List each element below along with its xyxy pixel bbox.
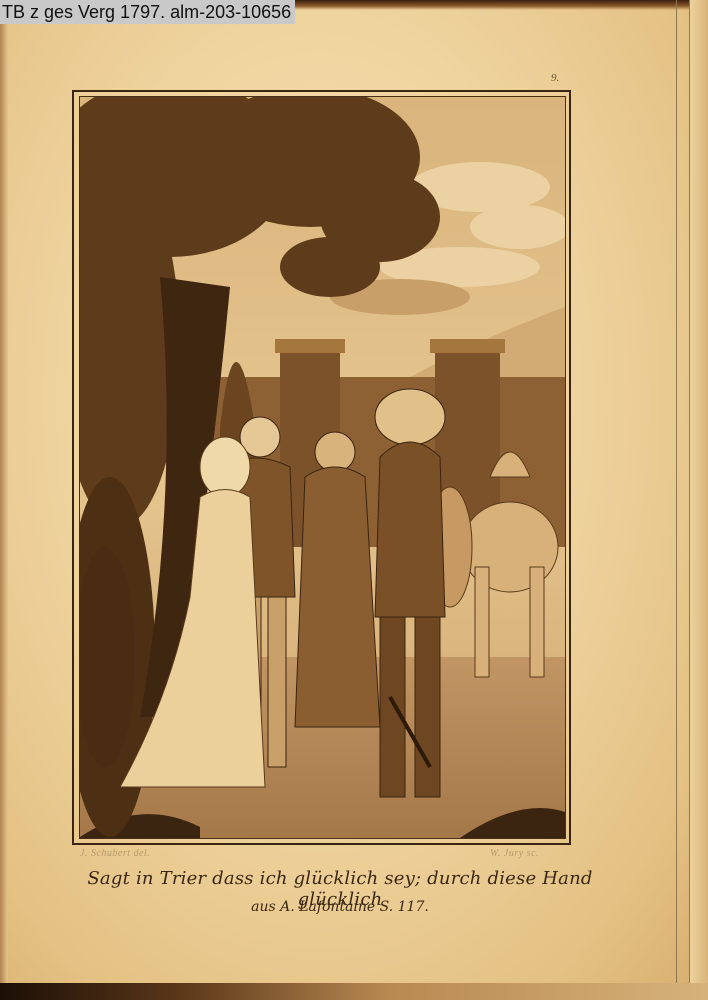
- artist-credit: J. Schubert del.: [80, 848, 150, 859]
- page-number: 9.: [551, 72, 559, 84]
- engraving-scene-image: [80, 97, 565, 838]
- engraver-credit: W. Jury sc.: [490, 848, 539, 859]
- caption-source: aus A. Lafontaine S. 117.: [60, 899, 620, 915]
- image-title-label: TB z ges Verg 1797. alm-203-10656: [0, 0, 295, 24]
- engraving-illustration: [79, 96, 566, 839]
- page-bottom-shadow: [0, 983, 708, 1000]
- next-page-edge: [690, 0, 708, 1000]
- page-fold-line: [676, 0, 677, 1000]
- book-page: TB z ges Verg 1797. alm-203-10656 9.: [0, 0, 708, 1000]
- page-left-edge: [0, 0, 8, 1000]
